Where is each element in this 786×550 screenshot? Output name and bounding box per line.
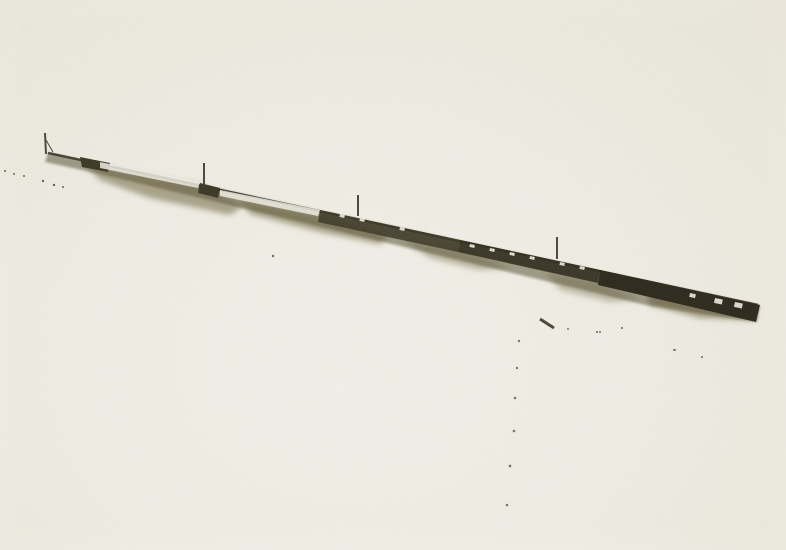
snowbound-train-photo [0,0,786,550]
film-grain [0,0,786,550]
photo-canvas [0,0,786,550]
